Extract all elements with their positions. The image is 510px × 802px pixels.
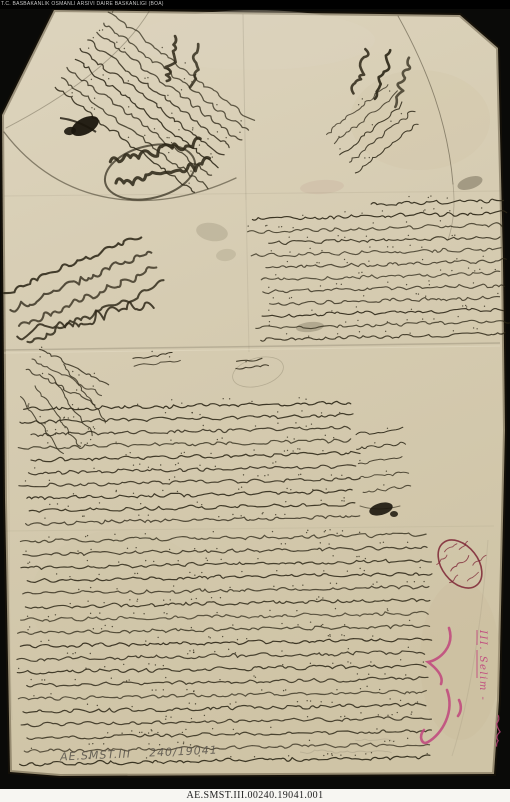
reference-code: AE.SMST.III.00240.19041.001 [186, 790, 323, 801]
archive-header-label: T.C. BASBAKANLIK OSMANLI ARSIVI DAIRE BA… [1, 1, 164, 7]
scanner-header-bar: T.C. BASBAKANLIK OSMANLI ARSIVI DAIRE BA… [0, 0, 510, 9]
manuscript-scan: III. Selim - [0, 0, 510, 802]
archival-scan-page: III. Selim - T.C. BASBAKANLIK OSMANLI AR… [0, 0, 510, 802]
margin-seal-impression [390, 511, 398, 517]
red-classification-note: III. Selim - [477, 629, 488, 701]
stain [350, 70, 490, 170]
reference-strip: AE.SMST.III.00240.19041.001 [0, 789, 510, 802]
red-note-group: III. Selim - [477, 629, 488, 701]
stain-light [135, 10, 375, 70]
